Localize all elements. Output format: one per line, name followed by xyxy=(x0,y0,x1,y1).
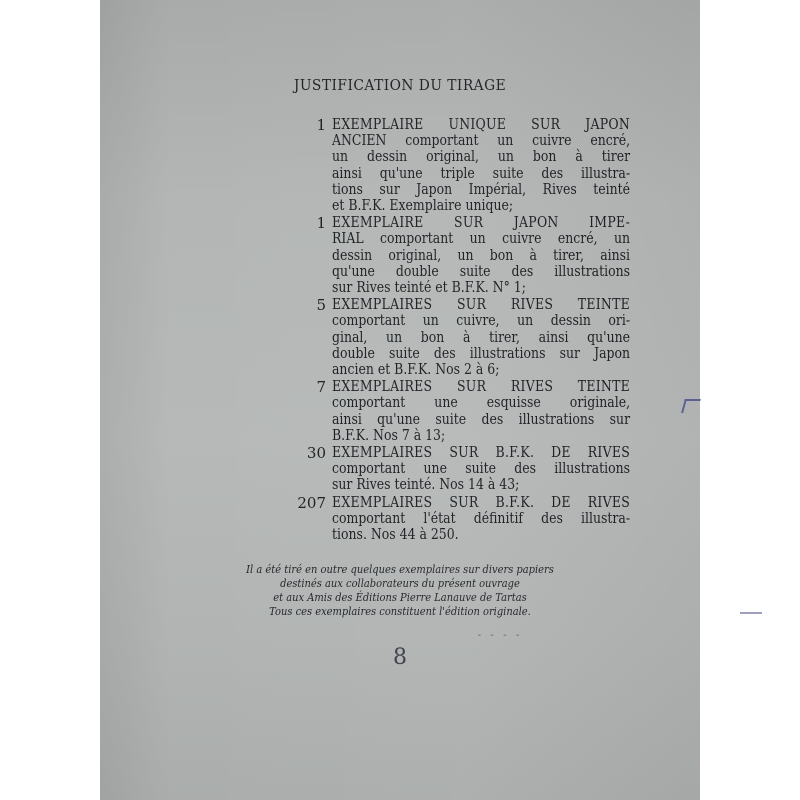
description-line: EXEMPLAIRES SUR B.F.K. DE RIVES xyxy=(332,445,630,461)
edition-description: EXEMPLAIRE SUR JAPON IMPE- RIAL comporta… xyxy=(332,215,630,296)
description-line: ainsi qu'une suite des illustrations sur xyxy=(332,412,630,428)
description-line: RIAL comportant un cuivre encré, un xyxy=(332,231,630,247)
copy-count: 5 xyxy=(292,297,332,378)
edition-entry: 207 EXEMPLAIRES SUR B.F.K. DE RIVES comp… xyxy=(292,495,630,544)
edition-list: 1 EXEMPLAIRE UNIQUE SUR JAPON ANCIEN com… xyxy=(292,117,630,544)
edition-description: EXEMPLAIRES SUR B.F.K. DE RIVES comporta… xyxy=(332,445,630,494)
description-line: et B.F.K. Exemplaire unique; xyxy=(332,198,630,214)
description-line: ginal, un bon à tirer, ainsi qu'une xyxy=(332,330,630,346)
page-number: 8 xyxy=(100,645,700,670)
description-line: qu'une double suite des illustrations xyxy=(332,264,630,280)
book-page: JUSTIFICATION DU TIRAGE 1 EXEMPLAIRE UNI… xyxy=(100,0,700,800)
edition-entry: 5 EXEMPLAIRES SUR RIVES TEINTE comportan… xyxy=(292,297,630,378)
page-title: JUSTIFICATION DU TIRAGE xyxy=(124,76,676,94)
description-line: EXEMPLAIRE SUR JAPON IMPE- xyxy=(332,215,630,231)
edition-description: EXEMPLAIRE UNIQUE SUR JAPON ANCIEN compo… xyxy=(332,117,630,214)
copy-count: 1 xyxy=(292,215,332,296)
copy-count: 7 xyxy=(292,379,332,444)
edition-entry: 1 EXEMPLAIRE SUR JAPON IMPE- RIAL compor… xyxy=(292,215,630,296)
description-line: ainsi qu'une triple suite des illustra- xyxy=(332,166,630,182)
description-line: ancien et B.F.K. Nos 2 à 6; xyxy=(332,362,630,378)
description-line: comportant un cuivre, un dessin ori- xyxy=(332,313,630,329)
copy-count: 207 xyxy=(292,495,332,544)
copy-count: 30 xyxy=(292,445,332,494)
edition-description: EXEMPLAIRES SUR RIVES TEINTE comportant … xyxy=(332,379,630,444)
description-line: B.F.K. Nos 7 à 13; xyxy=(332,428,630,444)
description-line: comportant une suite des illustrations xyxy=(332,461,630,477)
description-line: EXEMPLAIRES SUR B.F.K. DE RIVES xyxy=(332,495,630,511)
description-line: comportant l'état définitif des illustra… xyxy=(332,511,630,527)
copy-count: 1 xyxy=(292,117,332,214)
note-line: Il a été tiré en outre quelques exemplai… xyxy=(130,563,670,577)
pen-mark xyxy=(740,612,762,614)
colophon-note: Il a été tiré en outre quelques exemplai… xyxy=(100,563,700,619)
description-line: un dessin original, un bon à tirer xyxy=(332,149,630,165)
description-line: EXEMPLAIRES SUR RIVES TEINTE xyxy=(332,379,630,395)
description-line: dessin original, un bon à tirer, ainsi xyxy=(332,248,630,264)
description-line: ANCIEN comportant un cuivre encré, xyxy=(332,133,630,149)
note-line: destinés aux collaborateurs du présent o… xyxy=(130,577,670,591)
description-line: sur Rives teinté. Nos 14 à 43; xyxy=(332,477,630,493)
description-line: sur Rives teinté et B.F.K. N° 1; xyxy=(332,280,630,296)
description-line: comportant une esquisse originale, xyxy=(332,395,630,411)
note-line: Tous ces exemplaires constituent l'éditi… xyxy=(130,605,670,619)
edition-entry: 1 EXEMPLAIRE UNIQUE SUR JAPON ANCIEN com… xyxy=(292,117,630,214)
pen-mark xyxy=(681,399,701,413)
description-line: tions sur Japon Impérial, Rives teinté xyxy=(332,182,630,198)
edition-description: EXEMPLAIRES SUR B.F.K. DE RIVES comporta… xyxy=(332,495,630,544)
separator: - - - - xyxy=(450,630,550,641)
edition-entry: 7 EXEMPLAIRES SUR RIVES TEINTE comportan… xyxy=(292,379,630,444)
edition-entry: 30 EXEMPLAIRES SUR B.F.K. DE RIVES compo… xyxy=(292,445,630,494)
description-line: EXEMPLAIRES SUR RIVES TEINTE xyxy=(332,297,630,313)
description-line: EXEMPLAIRE UNIQUE SUR JAPON xyxy=(332,117,630,133)
description-line: tions. Nos 44 à 250. xyxy=(332,527,630,543)
note-line: et aux Amis des Éditions Pierre Lanauve … xyxy=(130,591,670,605)
edition-description: EXEMPLAIRES SUR RIVES TEINTE comportant … xyxy=(332,297,630,378)
description-line: double suite des illustrations sur Japon xyxy=(332,346,630,362)
